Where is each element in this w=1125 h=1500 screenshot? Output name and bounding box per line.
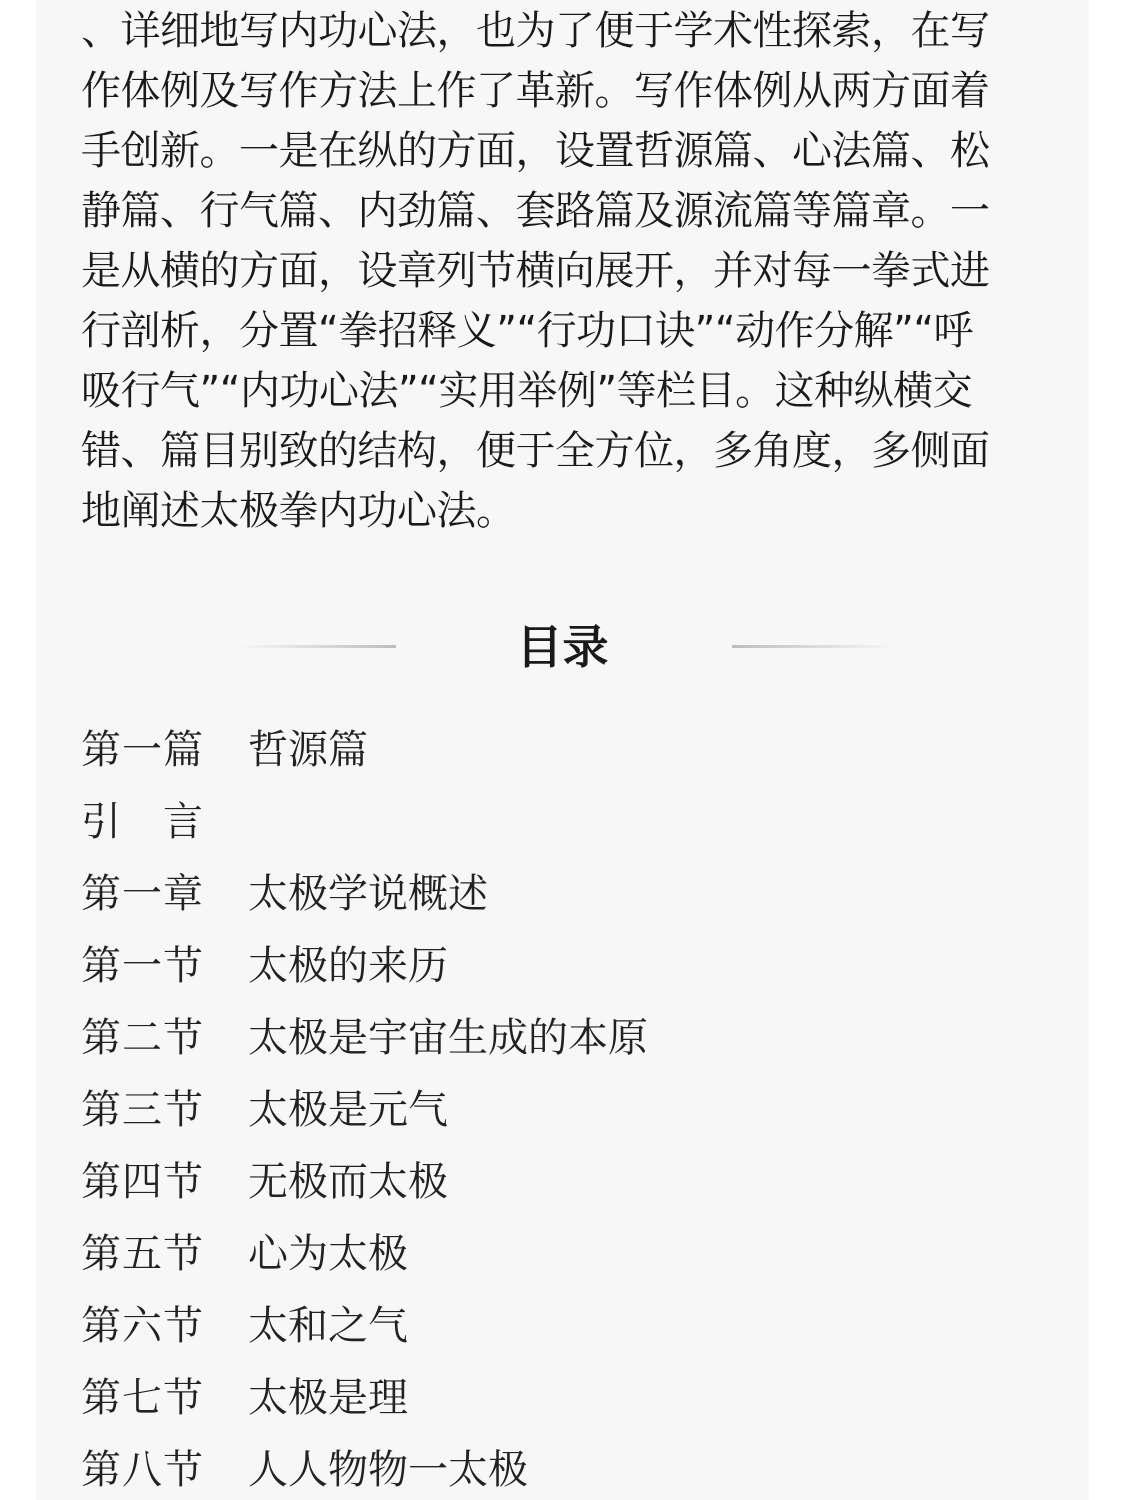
toc-item-label: 第七节 bbox=[81, 1362, 204, 1434]
toc-item-label: 第二节 bbox=[81, 1002, 204, 1074]
toc-item[interactable]: 第五节 心为太极 bbox=[81, 1218, 1041, 1290]
intro-line: 吸行气”“内功心法”“实用举例”等栏目。这种纵横交 bbox=[81, 361, 1051, 421]
toc-item-label: 第八节 bbox=[81, 1434, 204, 1500]
toc-item-title: 太和之气 bbox=[248, 1290, 408, 1362]
intro-line: 静篇、行气篇、内劲篇、套路篇及源流篇等篇章。一 bbox=[81, 181, 1051, 241]
toc-item-title: 太极是宇宙生成的本原 bbox=[248, 1002, 648, 1074]
intro-line: 是从横的方面，设章列节横向展开，并对每一拳式进 bbox=[81, 241, 1051, 301]
toc-item[interactable]: 第一篇 哲源篇 bbox=[81, 714, 1041, 786]
toc-title: 目录 bbox=[36, 612, 1089, 682]
toc-item-label: 第五节 bbox=[81, 1218, 204, 1290]
toc-item[interactable]: 第八节 人人物物一太极 bbox=[81, 1434, 1041, 1500]
toc-item-label: 第一节 bbox=[81, 930, 204, 1002]
toc-item-label: 第三节 bbox=[81, 1074, 204, 1146]
toc-item[interactable]: 第一节 太极的来历 bbox=[81, 930, 1041, 1002]
toc-item[interactable]: 引言 bbox=[81, 786, 1041, 858]
toc-heading: 目录 bbox=[36, 612, 1089, 682]
toc-item[interactable]: 第二节 太极是宇宙生成的本原 bbox=[81, 1002, 1041, 1074]
intro-line: 作体例及写作方法上作了革新。写作体例从两方面着 bbox=[81, 61, 1051, 121]
toc-item-title: 太极是理 bbox=[248, 1362, 408, 1434]
toc-item-label: 第六节 bbox=[81, 1290, 204, 1362]
toc-item-title: 心为太极 bbox=[248, 1218, 408, 1290]
intro-line: 行剖析，分置“拳招释义”“行功口诀”“动作分解”“呼 bbox=[81, 301, 1051, 361]
toc-item-label: 第一篇 bbox=[81, 714, 204, 786]
toc-list: 第一篇 哲源篇 引言 第一章 太极学说概述 第一节 太极的来历 第二节 太极是宇… bbox=[81, 714, 1041, 1500]
toc-item-label: 第四节 bbox=[81, 1146, 204, 1218]
heading-divider-right bbox=[732, 645, 895, 648]
toc-item-title: 太极学说概述 bbox=[248, 858, 488, 930]
intro-line: 手创新。一是在纵的方面，设置哲源篇、心法篇、松 bbox=[81, 121, 1051, 181]
toc-item-title: 人人物物一太极 bbox=[248, 1434, 528, 1500]
intro-line: 错、篇目别致的结构，便于全方位，多角度，多侧面 bbox=[81, 421, 1051, 481]
toc-item-title: 太极的来历 bbox=[248, 930, 448, 1002]
toc-item[interactable]: 第一章 太极学说概述 bbox=[81, 858, 1041, 930]
intro-paragraph: 、详细地写内功心法，也为了便于学术性探索，在写 作体例及写作方法上作了革新。写作… bbox=[81, 1, 1051, 541]
toc-item[interactable]: 第六节 太和之气 bbox=[81, 1290, 1041, 1362]
intro-line: 、详细地写内功心法，也为了便于学术性探索，在写 bbox=[81, 1, 1051, 61]
toc-item[interactable]: 第三节 太极是元气 bbox=[81, 1074, 1041, 1146]
toc-item-label: 引言 bbox=[81, 786, 245, 858]
toc-item[interactable]: 第四节 无极而太极 bbox=[81, 1146, 1041, 1218]
toc-item-label: 第一章 bbox=[81, 858, 204, 930]
toc-item-title: 哲源篇 bbox=[248, 714, 368, 786]
toc-item[interactable]: 第七节 太极是理 bbox=[81, 1362, 1041, 1434]
intro-line: 地阐述太极拳内功心法。 bbox=[81, 481, 1051, 541]
toc-item-title: 太极是元气 bbox=[248, 1074, 448, 1146]
toc-item-title: 无极而太极 bbox=[248, 1146, 448, 1218]
